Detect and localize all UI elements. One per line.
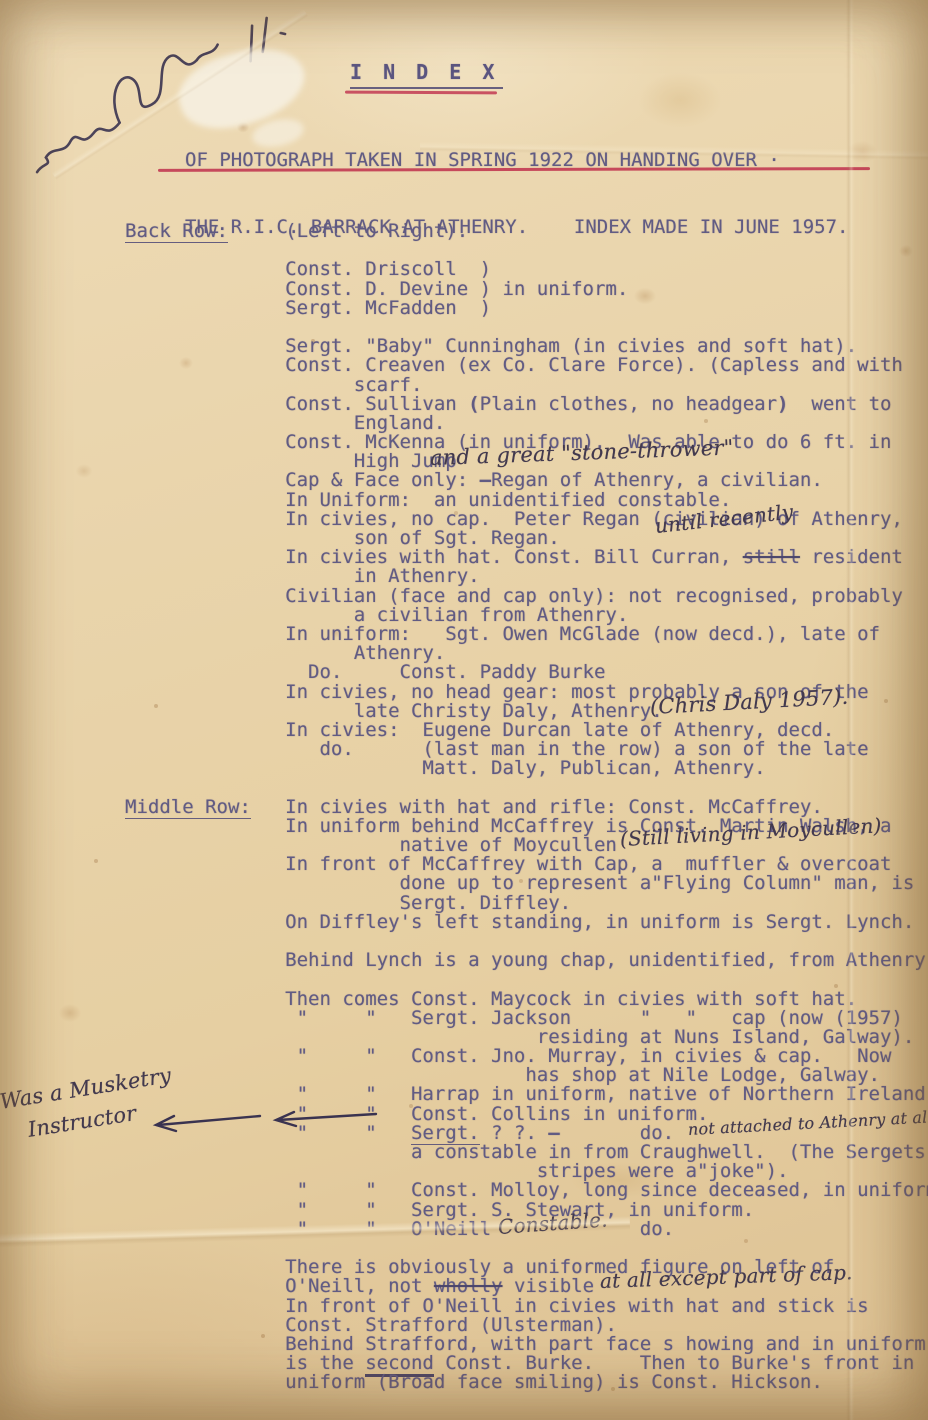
- typed-line: Sergt. McFadden ): [125, 299, 928, 318]
- subtitle-line-1: OF PHOTOGRAPH TAKEN IN SPRING 1922 ON HA…: [185, 149, 848, 171]
- typed-line: Matt. Daly, Publican, Athenry.: [125, 759, 928, 778]
- page-title: I N D E X: [350, 60, 503, 89]
- typed-line: Behind Lynch is a young chap, unidentifi…: [125, 951, 928, 970]
- title-wrap: I N D E X: [350, 60, 503, 84]
- left-arrow-icon: [148, 1108, 266, 1136]
- typed-text: Back Row: (Left to Right). Const. Drisco…: [125, 222, 928, 1392]
- typed-line: " " O'Neill do.: [125, 1220, 928, 1239]
- left-arrow-icon: [270, 1104, 382, 1132]
- paper-flecks: [0, 0, 2, 2]
- typed-line: uniform (Broad face smiling) is Const. H…: [125, 1373, 928, 1392]
- annotation-musketry-line2: Instructor: [26, 1101, 138, 1142]
- typed-line: Back Row: (Left to Right).: [125, 222, 928, 241]
- title-red-underline: [345, 91, 497, 95]
- typed-line: On Diffley's left standing, in uniform i…: [125, 913, 928, 932]
- document-page: I N D E X OF PHOTOGRAPH TAKEN IN SPRING …: [0, 0, 928, 1420]
